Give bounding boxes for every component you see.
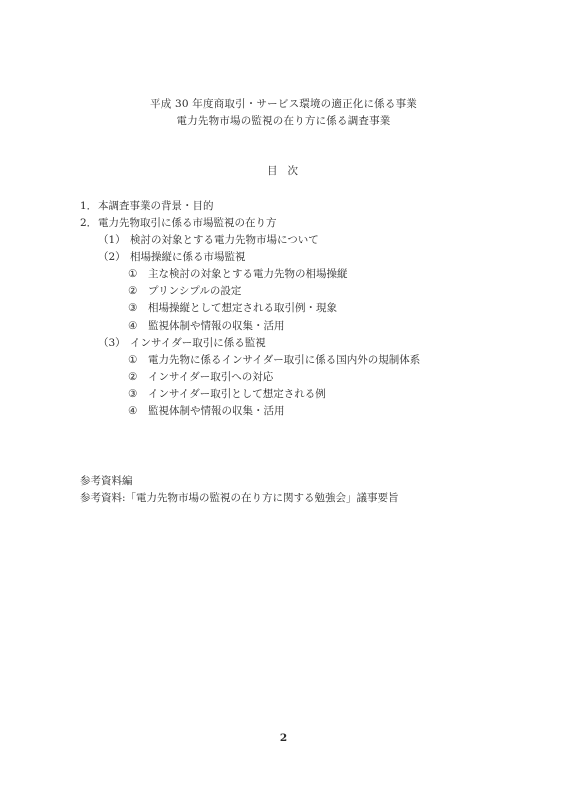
toc-item-text: インサイダー取引として想定される例 [148, 388, 326, 400]
document-title-line-1: 平成 30 年度商取引・サービス環境の適正化に係る事業 [0, 96, 567, 111]
toc-item-text: 相場操縦として想定される取引例・現象 [148, 302, 337, 314]
toc-item-number: ④ [128, 320, 148, 332]
toc-item-number: ④ [128, 405, 148, 417]
toc-item-text: 検討の対象とする電力先物市場について [130, 234, 319, 246]
toc-item: ②プリンシプルの設定 [128, 283, 241, 298]
toc-item: ④監視体制や情報の収集・活用 [128, 403, 285, 418]
toc-item: ③インサイダー取引として想定される例 [128, 386, 326, 401]
toc-item-text: 監視体制や情報の収集・活用 [148, 320, 285, 332]
toc-item-text: インサイダー取引への対応 [148, 371, 273, 383]
appendix-item: 参考資料:「電力先物市場の監視の在り方に関する勉強会」議事要旨 [80, 490, 399, 505]
document-title-line-2: 電力先物市場の監視の在り方に係る調査事業 [0, 113, 567, 128]
toc-item-text: 主な検討の対象とする電力先物の相場操縦 [148, 268, 348, 280]
toc-item-number: ① [128, 354, 148, 366]
toc-item: ①電力先物に係るインサイダー取引に係る国内外の規制体系 [128, 352, 420, 367]
toc-item-number: ③ [128, 302, 148, 314]
toc-item-number: 1． [80, 198, 98, 213]
toc-heading: 目次 [0, 163, 567, 178]
toc-item: （3）インサイダー取引に係る監視 [98, 335, 266, 350]
toc-item: ④監視体制や情報の収集・活用 [128, 318, 285, 333]
toc-item: ③相場操縦として想定される取引例・現象 [128, 300, 337, 315]
toc-item-number: ② [128, 285, 148, 297]
toc-item: （2）相場操縦に係る市場監視 [98, 249, 246, 264]
page-number: 2 [0, 732, 567, 744]
toc-item: ①主な検討の対象とする電力先物の相場操縦 [128, 266, 348, 281]
toc-item-number: （2） [98, 249, 130, 264]
toc-item-text: 監視体制や情報の収集・活用 [148, 405, 285, 417]
toc-item-number: 2． [80, 215, 98, 230]
toc-item-number: ③ [128, 388, 148, 400]
document-page: 平成 30 年度商取引・サービス環境の適正化に係る事業 電力先物市場の監視の在り… [0, 0, 567, 800]
toc-item-text: 電力先物取引に係る市場監視の在り方 [98, 217, 277, 229]
toc-item-number: ① [128, 268, 148, 280]
toc-item-number: ② [128, 371, 148, 383]
toc-item: 1．本調査事業の背景・目的 [80, 198, 214, 213]
toc-item-text: インサイダー取引に係る監視 [130, 337, 266, 349]
toc-item-text: 本調査事業の背景・目的 [98, 200, 214, 212]
toc-item-text: 相場操縦に係る市場監視 [130, 251, 246, 263]
toc-item: （1）検討の対象とする電力先物市場について [98, 232, 319, 247]
toc-item: ②インサイダー取引への対応 [128, 369, 273, 384]
toc-item-text: 電力先物に係るインサイダー取引に係る国内外の規制体系 [148, 354, 420, 366]
toc-item-number: （1） [98, 232, 130, 247]
toc-item-text: プリンシプルの設定 [148, 285, 241, 297]
appendix-heading: 参考資料編 [80, 473, 133, 488]
toc-item-number: （3） [98, 335, 130, 350]
toc-item: 2．電力先物取引に係る市場監視の在り方 [80, 215, 277, 230]
